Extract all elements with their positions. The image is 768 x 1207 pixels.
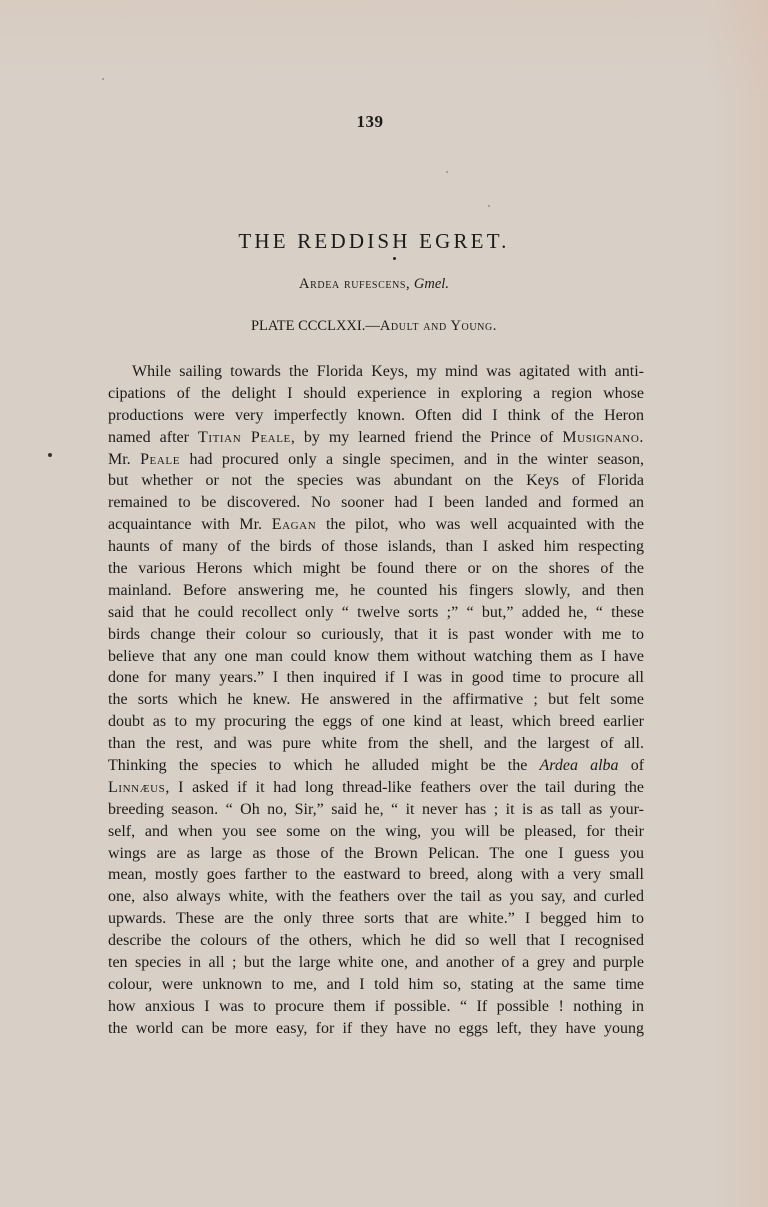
text-line: Thinking the species to which he alluded… xyxy=(108,755,644,777)
species-binomial: Ardea rufescens, xyxy=(299,276,410,292)
proper-name: Linnæus xyxy=(108,779,165,796)
text-line: Linnæus, I asked if it had long thread-l… xyxy=(108,777,644,799)
text-line: ten species in all ; but the large white… xyxy=(108,952,644,974)
text-line: the world can be more easy, for if they … xyxy=(108,1018,644,1040)
text-line: While sailing towards the Florida Keys, … xyxy=(108,361,644,383)
text-line: believe that any one man could know them… xyxy=(108,646,644,668)
text-line: Mr. Peale had procured only a single spe… xyxy=(108,449,644,471)
body-paragraph: While sailing towards the Florida Keys, … xyxy=(108,361,644,1040)
text-line: upwards. These are the only three sorts … xyxy=(108,908,644,930)
text-line: wings are as large as those of the Brown… xyxy=(108,843,644,865)
text-segment: , I asked if it had long thread-like fea… xyxy=(165,779,644,796)
proper-name: Titian Peale xyxy=(198,429,291,446)
page-title: THE REDDISH EGRET. xyxy=(0,229,748,254)
text-line: haunts of many of the birds of those isl… xyxy=(108,536,644,558)
plate-caption: PLATE CCCLXXI.—Adult and Young. xyxy=(0,318,748,335)
plate-description: Adult and Young. xyxy=(380,318,497,334)
proper-name: Eagan xyxy=(272,516,317,533)
paper-speck xyxy=(488,205,490,207)
text-segment: , by my learned friend the Prince of xyxy=(291,429,562,446)
text-segment: acquaintance with Mr. xyxy=(108,516,272,533)
page-number: 139 xyxy=(0,112,740,132)
species-authority: Gmel. xyxy=(414,276,449,292)
text-line: colour, were unknown to me, and I told h… xyxy=(108,974,644,996)
plate-label: PLATE CCCLXXI.— xyxy=(251,318,380,334)
text-line: the various Herons which might be found … xyxy=(108,558,644,580)
text-line: doubt as to my procuring the eggs of one… xyxy=(108,711,644,733)
paper-speck xyxy=(446,171,448,173)
text-line: done for many years.” I then inquired if… xyxy=(108,667,644,689)
margin-speck xyxy=(48,453,52,457)
title-ornament-dot xyxy=(393,257,396,260)
text-segment: named after xyxy=(108,429,198,446)
text-segment: Mr. xyxy=(108,451,140,468)
text-segment: had procured only a single specimen, and… xyxy=(180,451,644,468)
text-segment: Thinking the species to which he alluded… xyxy=(108,757,539,774)
text-line: self, and when you see some on the wing,… xyxy=(108,821,644,843)
text-line: mainland. Before answering me, he counte… xyxy=(108,580,644,602)
book-page: 139 THE REDDISH EGRET. Ardea rufescens, … xyxy=(0,0,768,1207)
text-line: than the rest, and was pure white from t… xyxy=(108,733,644,755)
text-line: the sorts which he knew. He answered in … xyxy=(108,689,644,711)
text-line: productions were very imperfectly known.… xyxy=(108,405,644,427)
text-line: describe the colours of the others, whic… xyxy=(108,930,644,952)
text-line: but whether or not the species was abund… xyxy=(108,470,644,492)
proper-name: Peale xyxy=(140,451,180,468)
text-line: one, also always white, with the feather… xyxy=(108,886,644,908)
species-name: Ardea rufescens, Gmel. xyxy=(0,276,748,293)
proper-name: Musignano. xyxy=(562,429,644,446)
text-segment: of xyxy=(619,757,644,774)
text-line: breeding season. “ Oh no, Sir,” said he,… xyxy=(108,799,644,821)
text-line: said that he could recollect only “ twel… xyxy=(108,602,644,624)
text-line: named after Titian Peale, by my learned … xyxy=(108,427,644,449)
text-line: how anxious I was to procure them if pos… xyxy=(108,996,644,1018)
text-line: remained to be discovered. No sooner had… xyxy=(108,492,644,514)
text-segment: the pilot, who was well acquainted with … xyxy=(316,516,644,533)
species-authority-italic: Gmel. xyxy=(414,276,449,292)
text-line: mean, mostly goes farther to the eastwar… xyxy=(108,864,644,886)
paper-speck xyxy=(102,78,104,80)
latin-name: Ardea alba xyxy=(539,757,618,774)
text-line: acquaintance with Mr. Eagan the pilot, w… xyxy=(108,514,644,536)
text-line: birds change their colour so curiously, … xyxy=(108,624,644,646)
text-line: cipations of the delight I should experi… xyxy=(108,383,644,405)
